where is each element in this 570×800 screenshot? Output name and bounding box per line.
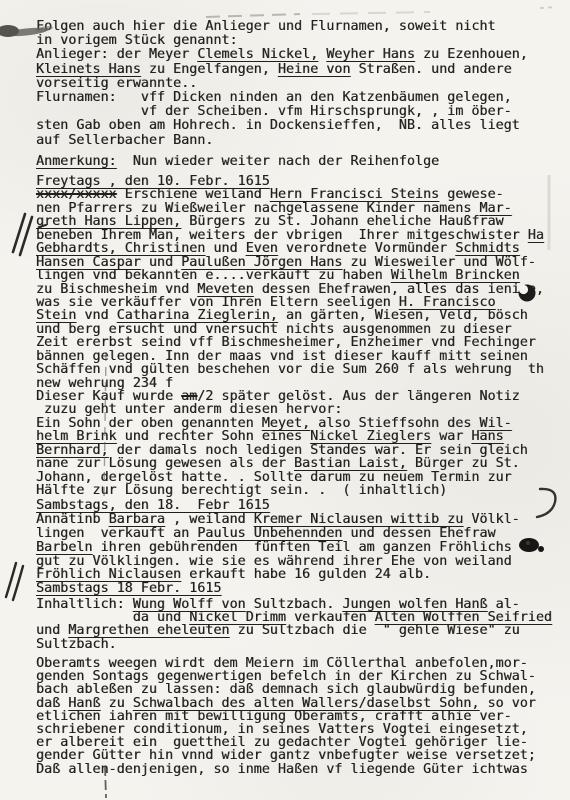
text-line: Daß allen-denjenigen, so inme Haßen vf l… bbox=[36, 763, 570, 776]
double-slash-mark-icon bbox=[6, 563, 23, 600]
text-line: beneben Ihrem Man, weiters der vbrigen I… bbox=[36, 229, 570, 242]
text-line: Sambstags 18 Febr. 1615 bbox=[36, 582, 570, 596]
text-segment: in vorigem Stück genannt: bbox=[36, 33, 238, 48]
underlined-text-segment: Paulus Unbehennden bbox=[197, 526, 342, 541]
text-line: helm Brink und rechter Sohn eines Nickel… bbox=[36, 430, 570, 443]
underlined-text-segment: Kleinets Hans bbox=[36, 62, 141, 77]
text-line: Sambstags, den 18. Febr 1615 bbox=[36, 499, 570, 513]
text-line: Ein Sohn der oben genannten Meyet, also … bbox=[36, 417, 570, 430]
text-segment: Nun wieder weiter nach der Reihenfolge bbox=[117, 154, 439, 169]
text-line: Schäffen vnd gülten beschehen vor die Su… bbox=[36, 363, 570, 376]
text-line: Annätinb Barbara , weiland Kremer Niclau… bbox=[36, 513, 570, 527]
text-segment: zu Ezenhouen, bbox=[415, 47, 528, 62]
text-line: Barbeln ihren gebührenden fünften Teil a… bbox=[36, 541, 570, 555]
text-segment: , weiland bbox=[165, 512, 254, 527]
text-line: Anmerkung: Nun wieder weiter nach der Re… bbox=[36, 155, 570, 169]
paragraph-anmerkung: Anmerkung: Nun wieder weiter nach der Re… bbox=[36, 155, 570, 169]
text-line: vf der Scheiben. vfm Hirschsprungk, , im… bbox=[36, 105, 570, 119]
paragraph-eintrag-inhaltlich-sultzbach: Inhaltlich: Wung Wolff von Sultzbach. Ju… bbox=[36, 598, 570, 651]
text-line: new wehrung 234 f bbox=[36, 377, 570, 390]
paragraph-anlieger-flurnamen: Folgen auch hier die Anlieger und Flurna… bbox=[36, 20, 570, 148]
underlined-text-segment: Ha bbox=[528, 228, 544, 243]
text-line: Hälfte zur Lösung berechtigt sein. . ( i… bbox=[36, 484, 570, 497]
text-segment: vorseitig erwannte.. bbox=[36, 76, 197, 91]
text-segment: gut zu Völklingen. wie sie es während ih… bbox=[36, 554, 512, 569]
text-line: und berg ersucht und vnersucht nichts au… bbox=[36, 323, 570, 336]
text-line: Johann, dergelöst hatte. . Sollte darum … bbox=[36, 471, 570, 484]
text-line: Anlieger: der Meyer Clemels Nickel, Weyh… bbox=[36, 48, 570, 62]
text-line: Stein vnd Catharina Zieglerin, an gärten… bbox=[36, 309, 570, 322]
text-line: xxxx/xxxxx Erschiene weiland Hern Franci… bbox=[36, 188, 570, 201]
text-line: nane zur Lösung gewesen als der Bastian … bbox=[36, 457, 570, 470]
text-segment: und dessen Ehefraw bbox=[342, 526, 495, 541]
underlined-text-segment: Sambstags, den 18. Febr 1615 bbox=[36, 498, 270, 513]
text-line: bännen gelegen. Inn der maas vnd ist die… bbox=[36, 350, 570, 363]
underlined-text-segment: Clemels Nickel, bbox=[197, 47, 318, 62]
text-segment: erkauft habe 16 gulden 24 alb. bbox=[181, 567, 431, 582]
text-line: nen Pfarrers zu Wießweiler nachgelassene… bbox=[36, 202, 570, 215]
paragraph-eintrag-oberamts-befelch: Oberamts weegen wirdt dem Meiern im Cöll… bbox=[36, 657, 570, 776]
paragraph-eintrag-freytag-10-febr-1615: Freytags , den 10. Febr. 1615xxxx/xxxxx … bbox=[36, 175, 570, 498]
text-line: zuzu geht unter anderm diesen hervor: bbox=[36, 403, 570, 416]
text-line: sten Gab oben am Hohrech. in Dockensieff… bbox=[36, 119, 570, 133]
paragraph-eintrag-sambstag-18-febr-1615: Sambstags, den 18. Febr 1615Annätinb Bar… bbox=[36, 499, 570, 596]
text-segment: Flurnamen: vff Dicken ninden an den Katz… bbox=[36, 90, 512, 105]
text-segment: Folgen auch hier die Anlieger und Flurna… bbox=[36, 19, 496, 34]
underlined-text-segment: Heine von bbox=[278, 62, 351, 77]
text-segment: Daß allen-denjenigen, so inme Haßen vf l… bbox=[36, 762, 528, 777]
text-line: Hansen Caspar und Paulußen Jörgen Hans z… bbox=[36, 256, 570, 269]
underlined-text-segment: Barbara bbox=[109, 512, 165, 527]
text-line: gut zu Völklingen. wie sie es während ih… bbox=[36, 555, 570, 569]
text-line: greth Hans Lippen, Bürgers zu St. Johann… bbox=[36, 215, 570, 228]
text-line: Freytags , den 10. Febr. 1615 bbox=[36, 175, 570, 188]
text-line: vorseitig erwannte.. bbox=[36, 77, 570, 91]
text-segment: Anlieger: der Meyer bbox=[36, 47, 197, 62]
underlined-text-segment: Fröhlich Niclausen bbox=[36, 567, 181, 582]
text-segment: sten Gab oben am Hohrech. in Dockensieff… bbox=[36, 118, 520, 133]
text-segment: zu Engelfangen, bbox=[141, 62, 278, 77]
text-line: lingen vnd bekannten e....verkauft zu ha… bbox=[36, 269, 570, 282]
underlined-text-segment: Kremer Niclausen wittib zu bbox=[254, 512, 464, 527]
underlined-text-segment: Anmerkung: bbox=[36, 154, 117, 169]
text-line: auf Sellerbacher Bann. bbox=[36, 134, 570, 148]
text-segment: Sultzbach. bbox=[36, 637, 117, 652]
text-line: zu Bischmesheim vnd Meveten dessen Ehefr… bbox=[36, 283, 570, 296]
pencil-dashes-icon bbox=[206, 7, 556, 17]
text-line: Dieser Kauf wurde am/2 später gelöst. Au… bbox=[36, 390, 570, 403]
text-line: Folgen auch hier die Anlieger und Flurna… bbox=[36, 20, 570, 34]
text-segment: zu Sultzbach die " gehle Wiese" zu bbox=[230, 623, 520, 638]
text-line: Flurnamen: vff Dicken ninden an den Katz… bbox=[36, 91, 570, 105]
text-line: Sultzbach. bbox=[36, 638, 570, 651]
text-line: Zeit ererbst seind vff Bischmesheimer, E… bbox=[36, 336, 570, 349]
text-line: Gebhardts, Christinen und Even verordnet… bbox=[36, 242, 570, 255]
underlined-text-segment: Weyher Hans bbox=[326, 47, 415, 62]
text-line: lingen verkauft an Paulus Unbehennden un… bbox=[36, 527, 570, 541]
text-segment: ihren gebührenden fünften Teil am ganzen… bbox=[92, 540, 511, 555]
underlined-text-segment: Sambstags 18 Febr. 1615 bbox=[36, 581, 221, 596]
text-segment: lingen verkauft an bbox=[36, 526, 197, 541]
scanned-document-page: Folgen auch hier die Anlieger und Flurna… bbox=[0, 0, 570, 800]
underlined-text-segment: Barbeln bbox=[36, 540, 92, 555]
text-segment: auf Sellerbacher Bann. bbox=[36, 133, 213, 148]
text-segment: Straßen. und andere bbox=[350, 62, 511, 77]
text-segment: Völkl- bbox=[463, 512, 519, 527]
text-segment: Annätinb bbox=[36, 512, 109, 527]
text-line: was sie verkäuffer von Ihren Eltern seel… bbox=[36, 296, 570, 309]
text-segment: Hälfte zur Lösung berechtigt sein. . ( i… bbox=[36, 483, 447, 498]
text-line: in vorigem Stück genannt: bbox=[36, 34, 570, 48]
text-line: Bernhard, der damals noch ledigen Stande… bbox=[36, 444, 570, 457]
text-line: Fröhlich Niclausen erkauft habe 16 gulde… bbox=[36, 568, 570, 582]
text-segment: vf der Scheiben. vfm Hirschsprungk, , im… bbox=[36, 104, 512, 119]
text-line: Kleinets Hans zu Engelfangen, Heine von … bbox=[36, 63, 570, 77]
